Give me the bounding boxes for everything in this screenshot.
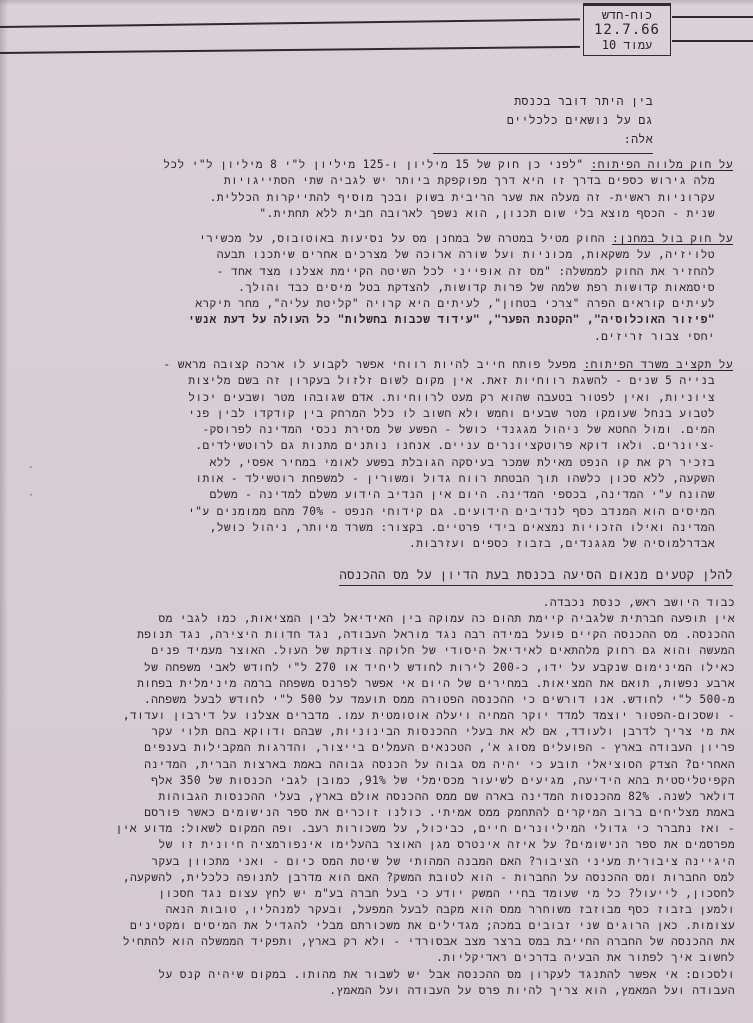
masthead-rule-top xyxy=(0,18,580,27)
margin-mark: - xyxy=(28,462,34,473)
intro-divider xyxy=(433,153,653,154)
speech-line: המעשה והוא גם רחוק מלהתאים לאידיאל היסוד… xyxy=(35,643,735,659)
speech-line: ארבע נפשות, תואם את המציאות. במחירים של … xyxy=(35,676,735,692)
speech-line: - ואז נתברר כי גדולי המיליונרים חיים, כב… xyxy=(35,821,735,837)
section-line: סיסמאות קדושות רפת שלמה של פרות קדושות, … xyxy=(33,280,733,296)
margin-mark: · xyxy=(28,490,34,501)
speech-line: לחסכון, לייעול? כל מי שעומד בחיי המשק יו… xyxy=(35,886,735,902)
section-security-stamp-law: על חוק בול במחנן: החוק מטיל במטרה של במח… xyxy=(33,231,733,345)
intro-line: גם על נושאים כלכליים xyxy=(433,111,653,130)
document-page: כוח-חדש 12.7.66 עמוד 10 בין היתר דובר בכ… xyxy=(0,0,753,1023)
section-line: שהונח ע"י המדינה, בכספי המדינה. היום אין… xyxy=(33,487,733,503)
section-line: יחסי צבור זריזים. xyxy=(33,329,733,345)
speech-excerpt: כבוד היושב ראש, כנסת נכבדה. אין תופעה חב… xyxy=(35,595,735,999)
section-line: אבדרלמוסיה של מגגנדים, בזבוז כספים ועזרב… xyxy=(33,536,733,552)
section-line: -ציונרים. ולאו דוקא פרוטקציונרים עניים. … xyxy=(33,438,733,454)
speech-line: העבודה ועל המאמץ, הוא צריך להיות פרס על … xyxy=(35,983,735,999)
section-line: שנית - הכסף מוצא בלי שום תכנון, הוא נשפך… xyxy=(33,206,733,222)
speech-line: היגיינה ציבורית מעיני הציבור? האם המבנה … xyxy=(35,854,735,870)
publication-name: כוח-חדש xyxy=(584,8,670,23)
speech-heading: להלן קטעים מנאום הסיעה בכנסת בעת הדיון ע… xyxy=(339,567,733,586)
section-line: המיסים הוא המנדב כסף לנדיבים הידועים. גם… xyxy=(33,504,733,520)
section-development-budget: על תקציב משרד הפיתוח: מפעל פותח חייב להי… xyxy=(33,357,733,553)
speech-line: למס החברות ומס ההכנסה על החברות - הוא לט… xyxy=(35,870,735,886)
page-number: עמוד 10 xyxy=(584,38,670,53)
section-line: ציוניות, ואין לפטור בטעבה שהוא רק מעט לר… xyxy=(33,390,733,406)
section-line: על תקציב משרד הפיתוח: מפעל פותח חייב להי… xyxy=(33,357,733,373)
speech-line: האחרים? הצדק הסוציאלי תובע כי יהיה מס גב… xyxy=(35,757,735,773)
speech-line: הקפיטליסטית בהא הידיעה, מגיעים לשיעור מכ… xyxy=(35,773,735,789)
section-line: לטבוע בנחל שעומקו מטר שבעים וחמש ולא חשו… xyxy=(33,406,733,422)
section-line: בנייה 5 שנים - להשגת רווחיות זאת. אין מק… xyxy=(33,373,733,389)
section-line: "פיזור האוכלוסיה", "הקטנת הפער", "עידוד … xyxy=(33,312,733,328)
section-label: על תקציב משרד הפיתוח: xyxy=(584,358,733,371)
speech-line: לחשוב איך לפתור את הבעיה בדרכים ראדיקליו… xyxy=(35,950,735,966)
section-label: על חוק בול במחנן: xyxy=(612,232,733,245)
speech-line: באמת מצליחים ברוב המיקרים להתחמק ממס אמי… xyxy=(35,805,735,821)
intro-line: אלה: xyxy=(433,130,653,149)
intro-paragraph: בין היתר דובר בכנסת גם על נושאים כלכליים… xyxy=(433,92,653,154)
section-line: עקרוניות ראשית- זה מעלה את שער הריבית בש… xyxy=(33,190,733,206)
section-line: להחזיר את החוק לממשלה: "מס זה אופייני לכ… xyxy=(33,264,733,280)
section-line: המדינה ואילו הזכויות נמצאים בידי פרטיים.… xyxy=(33,520,733,536)
section-line: לעיתים קוראים הפרה "צרכי בטחון", לעיתים … xyxy=(33,296,733,312)
speech-line: דולאר לשנה. 82% מהכנסות המדינה בארה שם מ… xyxy=(35,789,735,805)
section-line: בזכיר רק את קו הנפט מאילת שמכר בעיסקה הג… xyxy=(33,455,733,471)
speech-line: מ-500 ל"י לחודש. אנו דורשים כי ההכנסה הפ… xyxy=(35,692,735,708)
section-line: המים. ומול החטא של ניהול מגגנדי כושל - ה… xyxy=(33,422,733,438)
speech-line: את ההכנסה של החברה החייבת במס ברצר מצב א… xyxy=(35,934,735,950)
publication-date: 12.7.66 xyxy=(584,23,670,38)
section-line: השקעה, ללא סכון כלשהו תוך הבטחת רווח גדו… xyxy=(33,471,733,487)
speech-line: את מי צריך לדרבן ולעודד, אם לא את בעלי ה… xyxy=(35,724,735,740)
section-line: טלויזיה, על משקאות, מכוניות ועל שורה ארו… xyxy=(33,247,733,263)
speech-line: כבוד היושב ראש, כנסת נכבדה. xyxy=(35,595,735,611)
speech-line: ולמען בזבוז כסף מבוזבז משוחרר ממס הוא מק… xyxy=(35,902,735,918)
speech-line: כאילו המינימום שנקבע על ידו, כ-200 לירות… xyxy=(35,660,735,676)
masthead-box: כוח-חדש 12.7.66 עמוד 10 xyxy=(583,3,671,56)
speech-line: אין תופעה חברתית שלגביה קיימת תהום כה עמ… xyxy=(35,611,735,627)
masthead-rule-right-bottom xyxy=(672,40,753,42)
masthead-rule-right-top xyxy=(672,16,753,18)
speech-line: - ושסכום-הפטור יוצמד למדד יוקר המחיה ויע… xyxy=(35,708,735,724)
section-line: מלה גירוש כספים בדרך זו היא דרך מפוקפקת … xyxy=(33,173,733,189)
speech-line: עצומות. כאן הרוגים שני זבובים במכה; מגדי… xyxy=(35,918,735,934)
masthead-rule-bottom xyxy=(0,46,580,54)
section-line: על חוק בול במחנן: החוק מטיל במטרה של במח… xyxy=(33,231,733,247)
section-line: על חוק מלווה הפיתוח: "לפני כן חוק של 15 … xyxy=(33,157,733,173)
page-shadow xyxy=(0,0,8,1023)
speech-line: פריון העבודה בארץ - הפועלים מסוג א', הטכ… xyxy=(35,740,735,756)
intro-line: בין היתר דובר בכנסת xyxy=(433,92,653,111)
speech-line: ההכנסה. מס ההכנסה הקיים פועל במידה רבה נ… xyxy=(35,627,735,643)
section-label: על חוק מלווה הפיתוח: xyxy=(591,158,733,171)
speech-line: ולסכום: אי אפשר להתנגד לעקרון מס ההכנסה … xyxy=(35,967,735,983)
speech-line: מפרסמים את ספר הנישומים? על איזה אינטרס … xyxy=(35,837,735,853)
section-development-loan: על חוק מלווה הפיתוח: "לפני כן חוק של 15 … xyxy=(33,157,733,222)
